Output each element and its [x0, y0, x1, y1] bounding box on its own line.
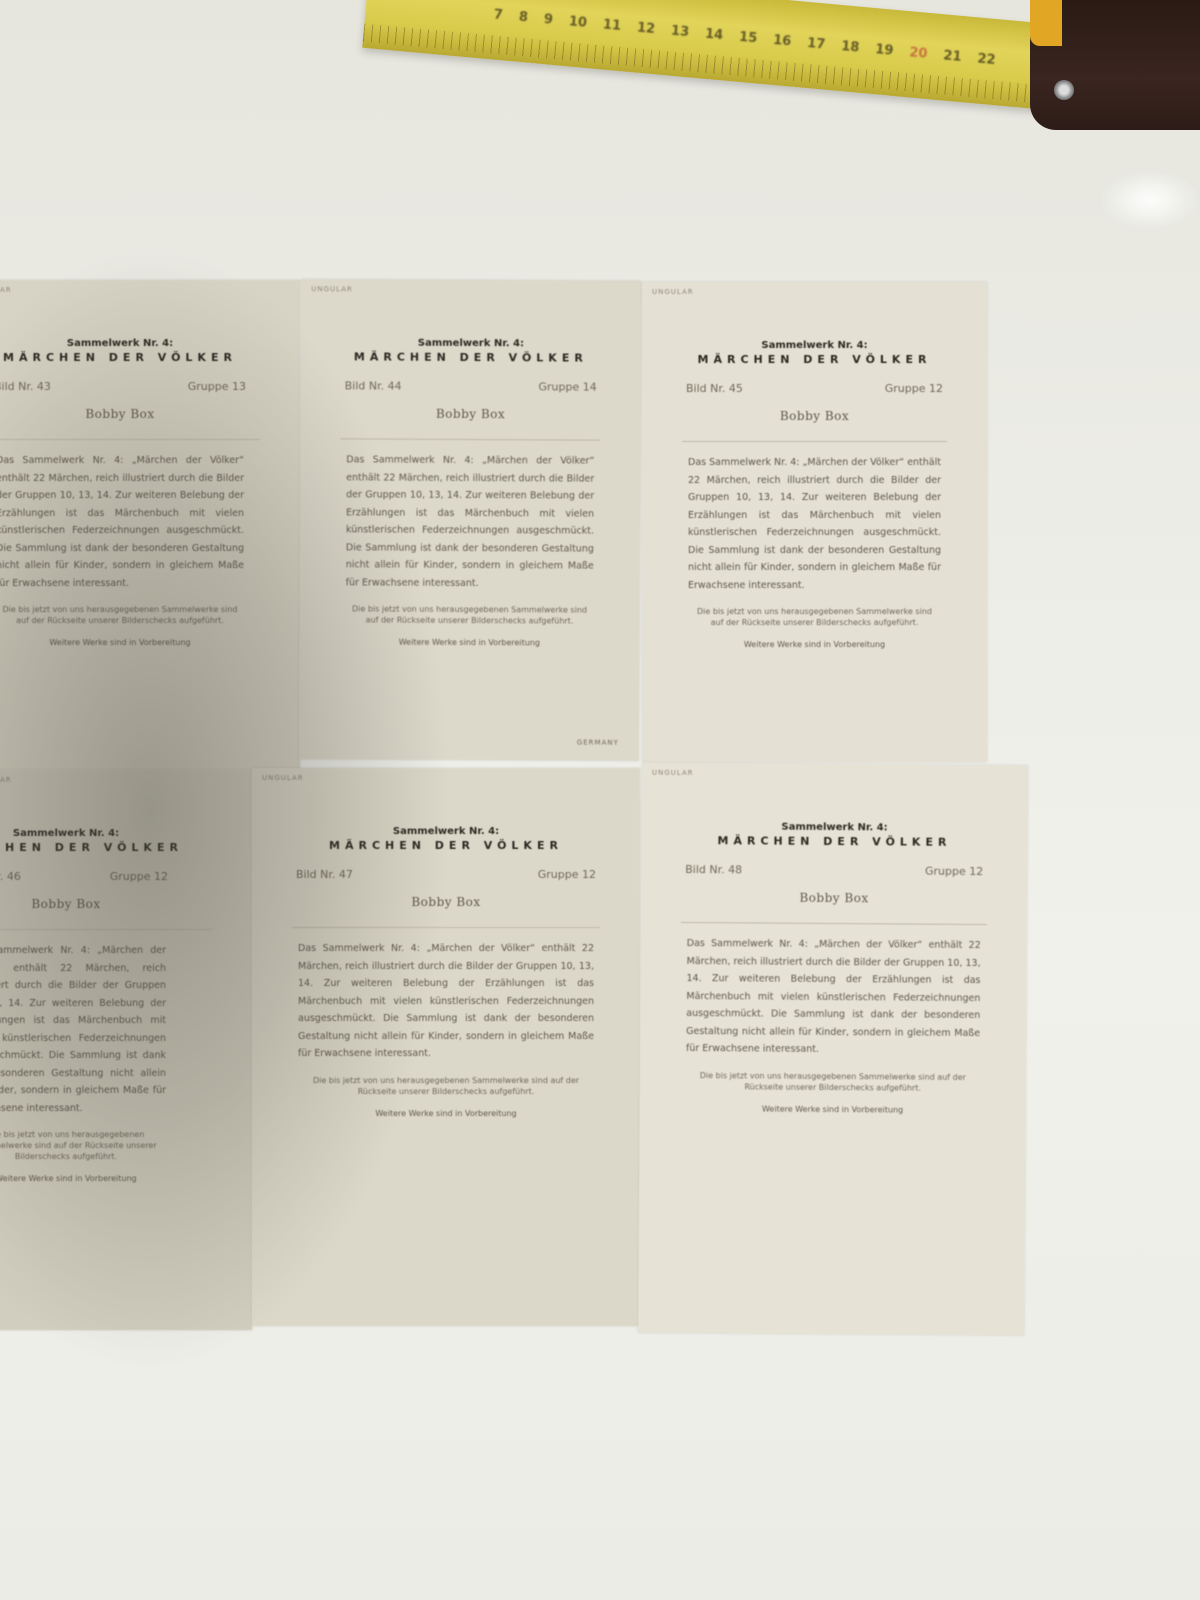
tape-measure-blade: 78910111213141516171819202122 — [362, 0, 1047, 109]
tape-number: 13 — [670, 24, 689, 41]
card-picture-number: Bild Nr. 48 — [685, 863, 742, 876]
card-title: MÄRCHEN DER VÖLKER — [642, 353, 987, 366]
card-group: Gruppe 13 — [188, 380, 246, 393]
card-title: MÄRCHEN DER VÖLKER — [252, 839, 640, 852]
card-brand-name: Bobby Box — [301, 406, 641, 422]
card-series: Sammelwerk Nr. 4: — [0, 828, 212, 839]
tape-number: 10 — [568, 14, 587, 31]
card-note: Die bis jetzt von uns herausgegebenen Sa… — [642, 606, 987, 628]
card-picture-number: Bild Nr. 47 — [296, 868, 353, 881]
card-picture-number: Bild Nr. 43 — [0, 380, 51, 393]
card-brand-name: Bobby Box — [0, 897, 212, 911]
picture-card-3: UNGULAR Sammelwerk Nr. 4: MÄRCHEN DER VÖ… — [642, 282, 987, 762]
tape-number: 8 — [518, 10, 528, 26]
picture-card-6: UNGULAR Sammelwerk Nr. 4: MÄRCHEN DER VÖ… — [638, 763, 1028, 1336]
card-more-text: Weitere Werke sind in Vorbereitung — [0, 1174, 212, 1183]
card-title: MÄRCHEN DER VÖLKER — [0, 841, 212, 854]
card-stamp-top: UNGULAR — [262, 774, 304, 782]
tape-measure-hook — [1030, 0, 1062, 46]
tape-number: 21 — [943, 48, 962, 65]
tape-number: 16 — [772, 33, 791, 50]
tape-measure-screw-icon — [1054, 80, 1074, 100]
card-series: Sammelwerk Nr. 4: — [642, 821, 1028, 835]
tape-number: 14 — [704, 27, 723, 44]
card-note: Die bis jetzt von uns herausgegebenen Sa… — [640, 1069, 1026, 1094]
card-stamp-top: UNGULAR — [0, 286, 12, 294]
card-body-text: Das Sammelwerk Nr. 4: „Märchen der Völke… — [640, 935, 1027, 1060]
card-meta: Bild Nr. 43 Gruppe 13 — [0, 380, 290, 393]
card-more-text: Weitere Werke sind in Vorbereitung — [299, 637, 639, 648]
card-divider — [292, 927, 600, 928]
tape-number: 22 — [977, 51, 996, 68]
card-group: Gruppe 12 — [925, 865, 983, 878]
card-stamp-top: UNGULAR — [0, 776, 12, 784]
card-stamp-top: UNGULAR — [311, 285, 353, 293]
card-note: Die bis jetzt von uns herausgegebenen Sa… — [0, 604, 290, 626]
card-divider — [0, 929, 212, 930]
card-meta: Bild Nr. 45 Gruppe 12 — [642, 382, 987, 395]
card-meta: Bild Nr. 47 Gruppe 12 — [252, 868, 640, 881]
card-brand-name: Bobby Box — [642, 409, 987, 423]
tape-number: 18 — [841, 39, 860, 56]
card-picture-number: Bild Nr. 45 — [686, 382, 743, 395]
picture-card-5: UNGULAR Sammelwerk Nr. 4: MÄRCHEN DER VÖ… — [252, 768, 640, 1326]
tape-number: 17 — [807, 36, 826, 53]
card-meta: Bild Nr. 44 Gruppe 14 — [301, 379, 641, 394]
card-group: Gruppe 12 — [110, 870, 168, 883]
tape-number: 11 — [602, 17, 621, 34]
card-body-text: Das Sammelwerk Nr. 4: „Märchen der Völke… — [252, 940, 640, 1063]
card-more-text: Weitere Werke sind in Vorbereitung — [0, 638, 290, 647]
card-meta: Bild Nr. 48 Gruppe 12 — [641, 863, 1027, 879]
card-divider — [682, 441, 947, 442]
card-group: Gruppe 12 — [885, 382, 943, 395]
table-glare — [1100, 170, 1200, 230]
card-picture-number: Bild Nr. 46 — [0, 870, 21, 883]
card-body-text: Das Sammelwerk Nr. 4: „Märchen der Völke… — [0, 452, 290, 592]
card-more-text: Weitere Werke sind in Vorbereitung — [640, 1103, 1026, 1115]
card-series: Sammelwerk Nr. 4: — [642, 340, 987, 351]
card-divider — [340, 438, 600, 440]
card-brand-name: Bobby Box — [0, 407, 290, 421]
card-note: Die bis jetzt von uns herausgegebenen Sa… — [0, 1129, 212, 1162]
picture-card-2: UNGULAR Sammelwerk Nr. 4: MÄRCHEN DER VÖ… — [299, 279, 642, 761]
card-divider — [0, 439, 260, 440]
card-picture-number: Bild Nr. 44 — [345, 379, 402, 392]
card-body-text: Das Sammelwerk Nr. 4: „Märchen der Völke… — [642, 454, 987, 594]
card-series: Sammelwerk Nr. 4: — [252, 826, 640, 837]
card-stamp-top: UNGULAR — [652, 769, 694, 777]
card-series: Sammelwerk Nr. 4: — [301, 337, 641, 350]
card-more-text: Weitere Werke sind in Vorbereitung — [642, 640, 987, 649]
picture-card-1: UNGULAR Sammelwerk Nr. 4: MÄRCHEN DER VÖ… — [0, 280, 300, 770]
card-stamp-bottom: GERMANY — [577, 739, 619, 747]
tape-number: 12 — [636, 20, 655, 37]
card-more-text: Weitere Werke sind in Vorbereitung — [252, 1109, 640, 1118]
card-body-text: Das Sammelwerk Nr. 4: „Märchen der Völke… — [0, 942, 212, 1117]
card-title: MÄRCHEN DER VÖLKER — [641, 834, 1027, 850]
card-note: Die bis jetzt von uns herausgegebenen Sa… — [299, 603, 639, 627]
card-brand-name: Bobby Box — [641, 890, 1027, 907]
card-title: MÄRCHEN DER VÖLKER — [0, 351, 290, 364]
card-note: Die bis jetzt von uns herausgegebenen Sa… — [252, 1075, 640, 1097]
card-title: MÄRCHEN DER VÖLKER — [301, 350, 641, 365]
tape-number: 19 — [875, 42, 894, 59]
card-stamp-top: UNGULAR — [652, 288, 694, 296]
tape-number: 7 — [493, 7, 503, 23]
card-brand-name: Bobby Box — [252, 895, 640, 909]
tape-number: 20 — [909, 45, 928, 62]
card-body-text: Das Sammelwerk Nr. 4: „Märchen der Völke… — [300, 451, 641, 593]
card-meta: Bild Nr. 46 Gruppe 12 — [0, 870, 212, 883]
card-group: Gruppe 14 — [538, 380, 596, 393]
card-group: Gruppe 12 — [538, 868, 596, 881]
card-divider — [681, 922, 987, 925]
picture-card-4: UNGULAR Sammelwerk Nr. 4: MÄRCHEN DER VÖ… — [0, 770, 252, 1330]
tape-number: 15 — [738, 30, 757, 47]
card-series: Sammelwerk Nr. 4: — [0, 338, 290, 349]
tape-number: 9 — [543, 12, 553, 28]
